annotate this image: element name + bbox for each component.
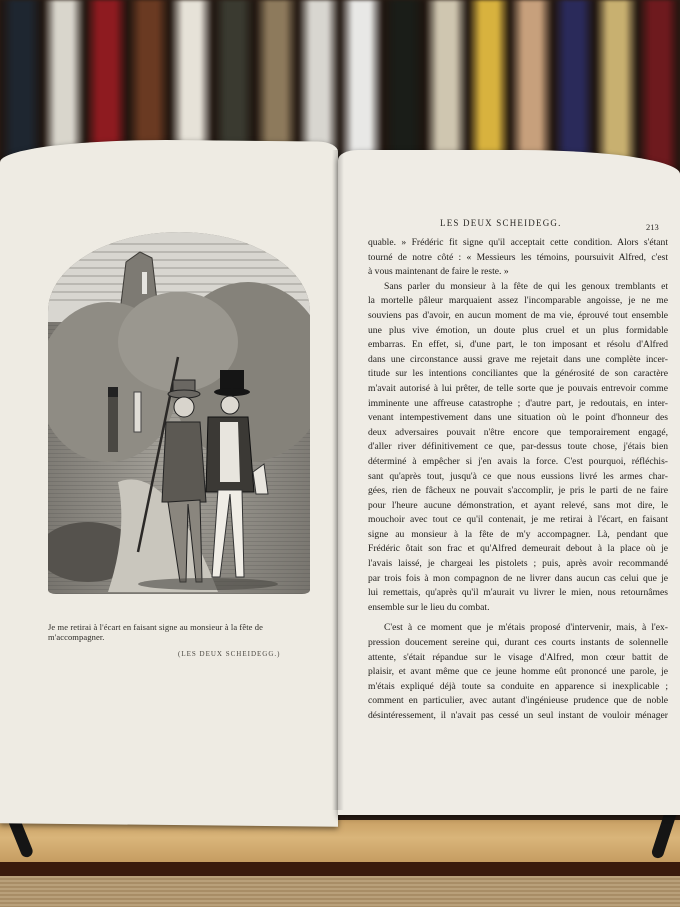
text-line: l'avais laissé, je chargeai les pistolet… — [368, 557, 668, 572]
text-line: dans une circonstance aussi grave me rej… — [368, 353, 668, 368]
text-line: lui remettais, qu'après qu'il m'aurait v… — [368, 586, 668, 601]
text-line: ensemble sur le lieu du combat. — [368, 601, 668, 616]
reading-stand-edge — [0, 862, 680, 876]
engraving-scene-icon — [48, 232, 310, 594]
reading-stand-base — [0, 820, 680, 865]
text-line: mouchoir avec tout ce qu'il contenait, j… — [368, 513, 668, 528]
engraving-illustration — [48, 232, 310, 594]
text-line: par trois fois à mon compagnon de ne liv… — [368, 572, 668, 587]
text-line: plaisir, et avant même que ce jeune homm… — [368, 665, 668, 680]
text-line: pression doucement sereine qui, durant c… — [368, 636, 668, 651]
text-line: m'avait autorisé à lui prêter, de telle … — [368, 382, 668, 397]
text-line: pour l'heure aucune démonstration, et ay… — [368, 499, 668, 514]
book-gutter — [332, 150, 344, 810]
text-line: d'aller river définitivement ce que, par… — [368, 440, 668, 455]
text-line: imminente une affreuse catastrophe ; d'a… — [368, 397, 668, 412]
table-surface — [0, 876, 680, 907]
text-line: deux adversaires pouvait n'être encore q… — [368, 426, 668, 441]
text-line: C'est à ce moment que je m'étais proposé… — [368, 621, 668, 636]
text-line: titude sur les intentions conciliantes q… — [368, 367, 668, 382]
text-line: gées, rien de fâcheux ne pouvait s'accom… — [368, 484, 668, 499]
illustration-caption: Je me retirai à l'écart en faisant signe… — [48, 622, 318, 642]
text-line: quable. » Frédéric fit signe qu'il accep… — [368, 236, 668, 251]
text-line: tourné de notre côté : « Messieurs les t… — [368, 251, 668, 266]
text-line: comment en particulier, avec autant d'in… — [368, 694, 668, 709]
text-line: m'étais expliqué déjà toute sa conduite … — [368, 680, 668, 695]
text-line: à vous maintenant de faire le reste. » — [368, 265, 668, 280]
text-line: embarras. En effet, si, d'une part, le t… — [368, 338, 668, 353]
text-line: une plus vive émotion, un doute plus cru… — [368, 324, 668, 339]
text-line: sant qu'après tout, jusqu'à ce que nous … — [368, 470, 668, 485]
text-line: déterminé à empêcher si j'en avais la fo… — [368, 455, 668, 470]
text-line: attente, s'était répandue sur le visage … — [368, 651, 668, 666]
page-number: 213 — [646, 222, 659, 232]
text-line: Frédéric ôtait son frac et qu'Alfred dem… — [368, 542, 668, 557]
illustration-source: (LES DEUX SCHEIDEGG.) — [178, 650, 280, 658]
body-text: quable. » Frédéric fit signe qu'il accep… — [368, 236, 668, 724]
running-header: LES DEUX SCHEIDEGG. — [440, 218, 562, 228]
text-line: la mortelle pâleur marquaient assez l'in… — [368, 294, 668, 309]
text-line: signe au monsieur à la fête de m'y accom… — [368, 528, 668, 543]
text-line: désintéressement, il n'avait pas cessé u… — [368, 709, 668, 724]
text-line: souviens pas d'avoir, en aucun moment de… — [368, 309, 668, 324]
text-line: Sans parler du monsieur à la fête de qui… — [368, 280, 668, 295]
text-line: venant intempestivement dans une situati… — [368, 411, 668, 426]
